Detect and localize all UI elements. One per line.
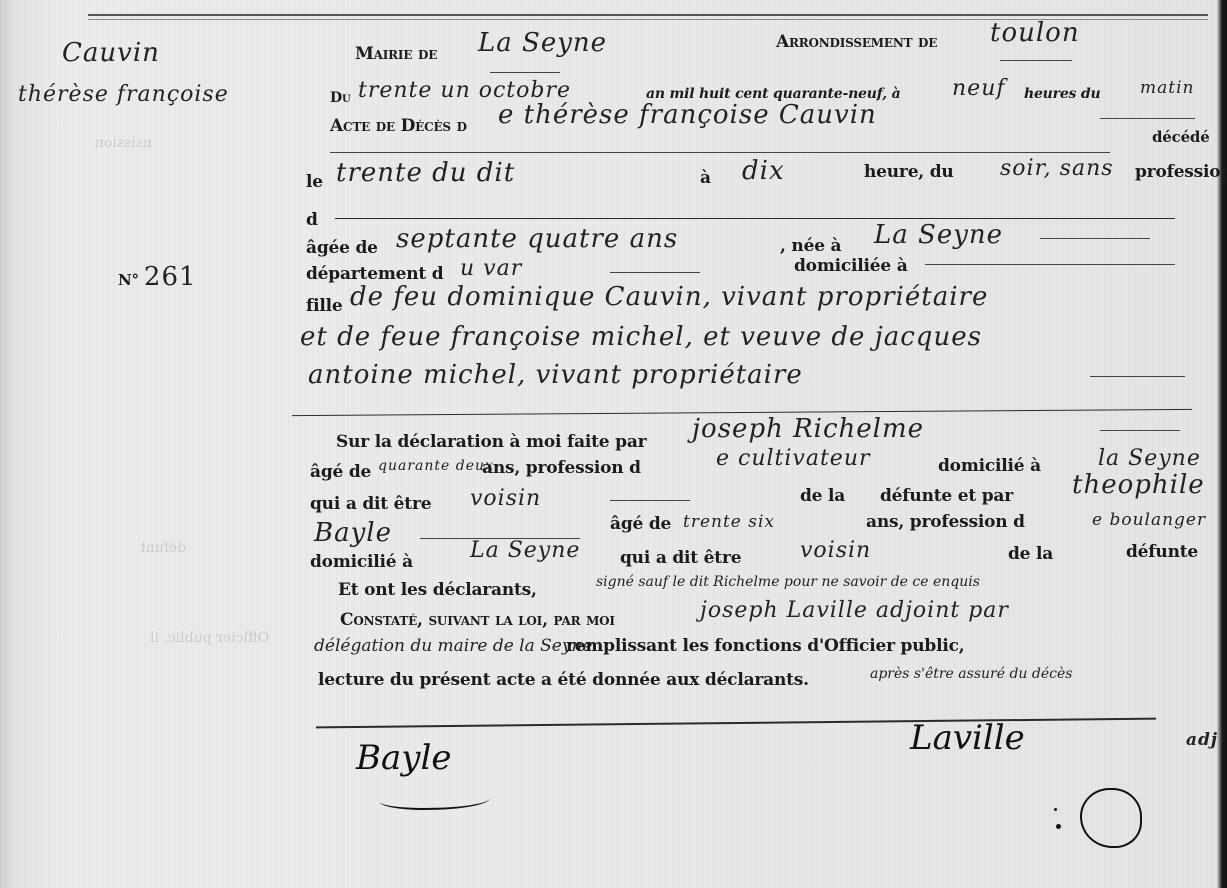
declarant2-first: theophile (1072, 470, 1205, 500)
fils-label: fille (306, 296, 343, 316)
signature-bayle: Bayle (356, 738, 451, 778)
delegation-text: délégation du maire de la Seyne (314, 636, 592, 656)
arrondissement-value: toulon (990, 18, 1080, 48)
declarant2-dela: de la (1008, 544, 1053, 564)
dela-label-1: de la (800, 486, 845, 506)
profession-label: profession (1135, 162, 1227, 182)
rule (925, 264, 1175, 265)
relation-label-1: qui a dit être (310, 494, 431, 514)
declarant2-domicile-label: domicilié à (310, 552, 413, 572)
rule (610, 272, 700, 273)
rule (490, 72, 560, 73)
departement-value: u var (460, 256, 522, 281)
officer-role: remplissant les fonctions d'Officier pub… (566, 636, 964, 656)
declarant1-domicile: la Seyne (1098, 446, 1201, 471)
declarant1-relation: voisin (470, 486, 541, 511)
declarant1-age: quarante deux (378, 458, 494, 474)
arrondissement-label: Arrondissement de (776, 32, 937, 52)
ink-dot (1054, 808, 1057, 811)
rule (1100, 118, 1195, 119)
mairie-value: La Seyne (478, 28, 607, 58)
d-label: d (306, 210, 318, 230)
rule (1090, 376, 1185, 377)
du-label: Du (330, 90, 350, 106)
domicile-label-1: domicilié à (938, 456, 1041, 476)
declarant2-domicile: La Seyne (470, 538, 580, 563)
age-label-1: âgé de (310, 462, 371, 482)
age-label: âgée de (306, 238, 378, 258)
bleed-through-text: Officier public, il (150, 630, 269, 646)
declaration-intro: Sur la déclaration à moi faite par (336, 432, 646, 452)
age-value: septante quatre ans (396, 224, 678, 254)
reading-note: après s'être assuré du décès (870, 666, 1072, 682)
rule (335, 218, 1175, 219)
declarant1-profession: e cultivateur (716, 446, 871, 471)
hour-label: heures du (1024, 86, 1100, 102)
parents-line-1: de feu dominique Cauvin, vivant propriét… (350, 282, 988, 312)
declarant2-age: trente six (683, 512, 775, 532)
signed-value: signé sauf le dit Richelme pour ne savoi… (596, 574, 980, 590)
domicile-label: domiciliée à (794, 256, 908, 276)
ans-profession-label: ans, profession d (482, 458, 641, 478)
signature-paraph-loop (1080, 788, 1142, 848)
signature-flourish (380, 790, 490, 810)
declarant2-age-label: âgé de (610, 514, 671, 534)
rule (610, 500, 690, 501)
margin-given-names: thérèse françoise (18, 82, 229, 107)
time-of-day: matin (1140, 78, 1194, 98)
signature-divider (316, 718, 1156, 729)
death-day: trente du dit (336, 158, 515, 188)
mairie-label: Mairie de (355, 44, 437, 64)
number-value: 261 (144, 262, 197, 292)
bleed-through-text: défunt (140, 540, 186, 556)
death-hour: dix (742, 156, 785, 186)
record-number: N° 261 (118, 262, 197, 292)
declarant2-defunt: défunte (1126, 542, 1198, 562)
signature-laville: Laville (910, 718, 1025, 758)
deceased-name: e thérèse françoise Cauvin (498, 100, 877, 130)
a-label: à (700, 168, 711, 188)
rule (1040, 238, 1150, 239)
born-label: , née à (780, 236, 841, 256)
defunt-label-1: défunte et par (880, 486, 1013, 506)
declarant1-name: joseph Richelme (692, 414, 924, 444)
signature-suffix: adj (1186, 730, 1218, 750)
declarant2-last: Bayle (314, 518, 392, 548)
birthplace: La Seyne (874, 220, 1003, 250)
declarant2-profession: e boulanger (1092, 510, 1206, 530)
rule (330, 152, 1110, 153)
declarant2-relation-label: qui a dit être (620, 548, 741, 568)
margin-surname: Cauvin (62, 38, 160, 68)
officer-name: joseph Laville adjoint par (700, 598, 1009, 623)
heure-label: heure, du (864, 162, 954, 182)
number-label: N° (118, 271, 139, 289)
ink-dot (1056, 824, 1061, 829)
death-time-of-day: soir, sans (1000, 156, 1114, 181)
decede-label: décédé (1152, 128, 1210, 146)
bleed-through-text: nsission (95, 135, 152, 151)
parents-line-3: antoine michel, vivant propriétaire (308, 360, 803, 390)
page-edge-shadow (1217, 0, 1227, 888)
parents-line-2: et de feue françoise michel, et veuve de… (300, 322, 982, 352)
reading-text: lecture du présent acte a été donnée aux… (318, 670, 809, 690)
signed-label: Et ont les déclarants, (338, 580, 537, 600)
rule (1000, 60, 1072, 61)
document-page: nsission défunt Officier public, il Cauv… (0, 0, 1227, 888)
constate-label: Constaté, suivant la loi, par moi (340, 610, 615, 630)
declarant2-ans-label: ans, profession d (866, 512, 1025, 532)
declarant2-relation: voisin (800, 538, 871, 563)
le-label: le (306, 172, 323, 192)
hour-value: neuf (952, 76, 1006, 101)
rule (1100, 430, 1180, 431)
departement-label: département d (306, 264, 443, 284)
acte-label: Acte de Décès d (330, 116, 467, 136)
